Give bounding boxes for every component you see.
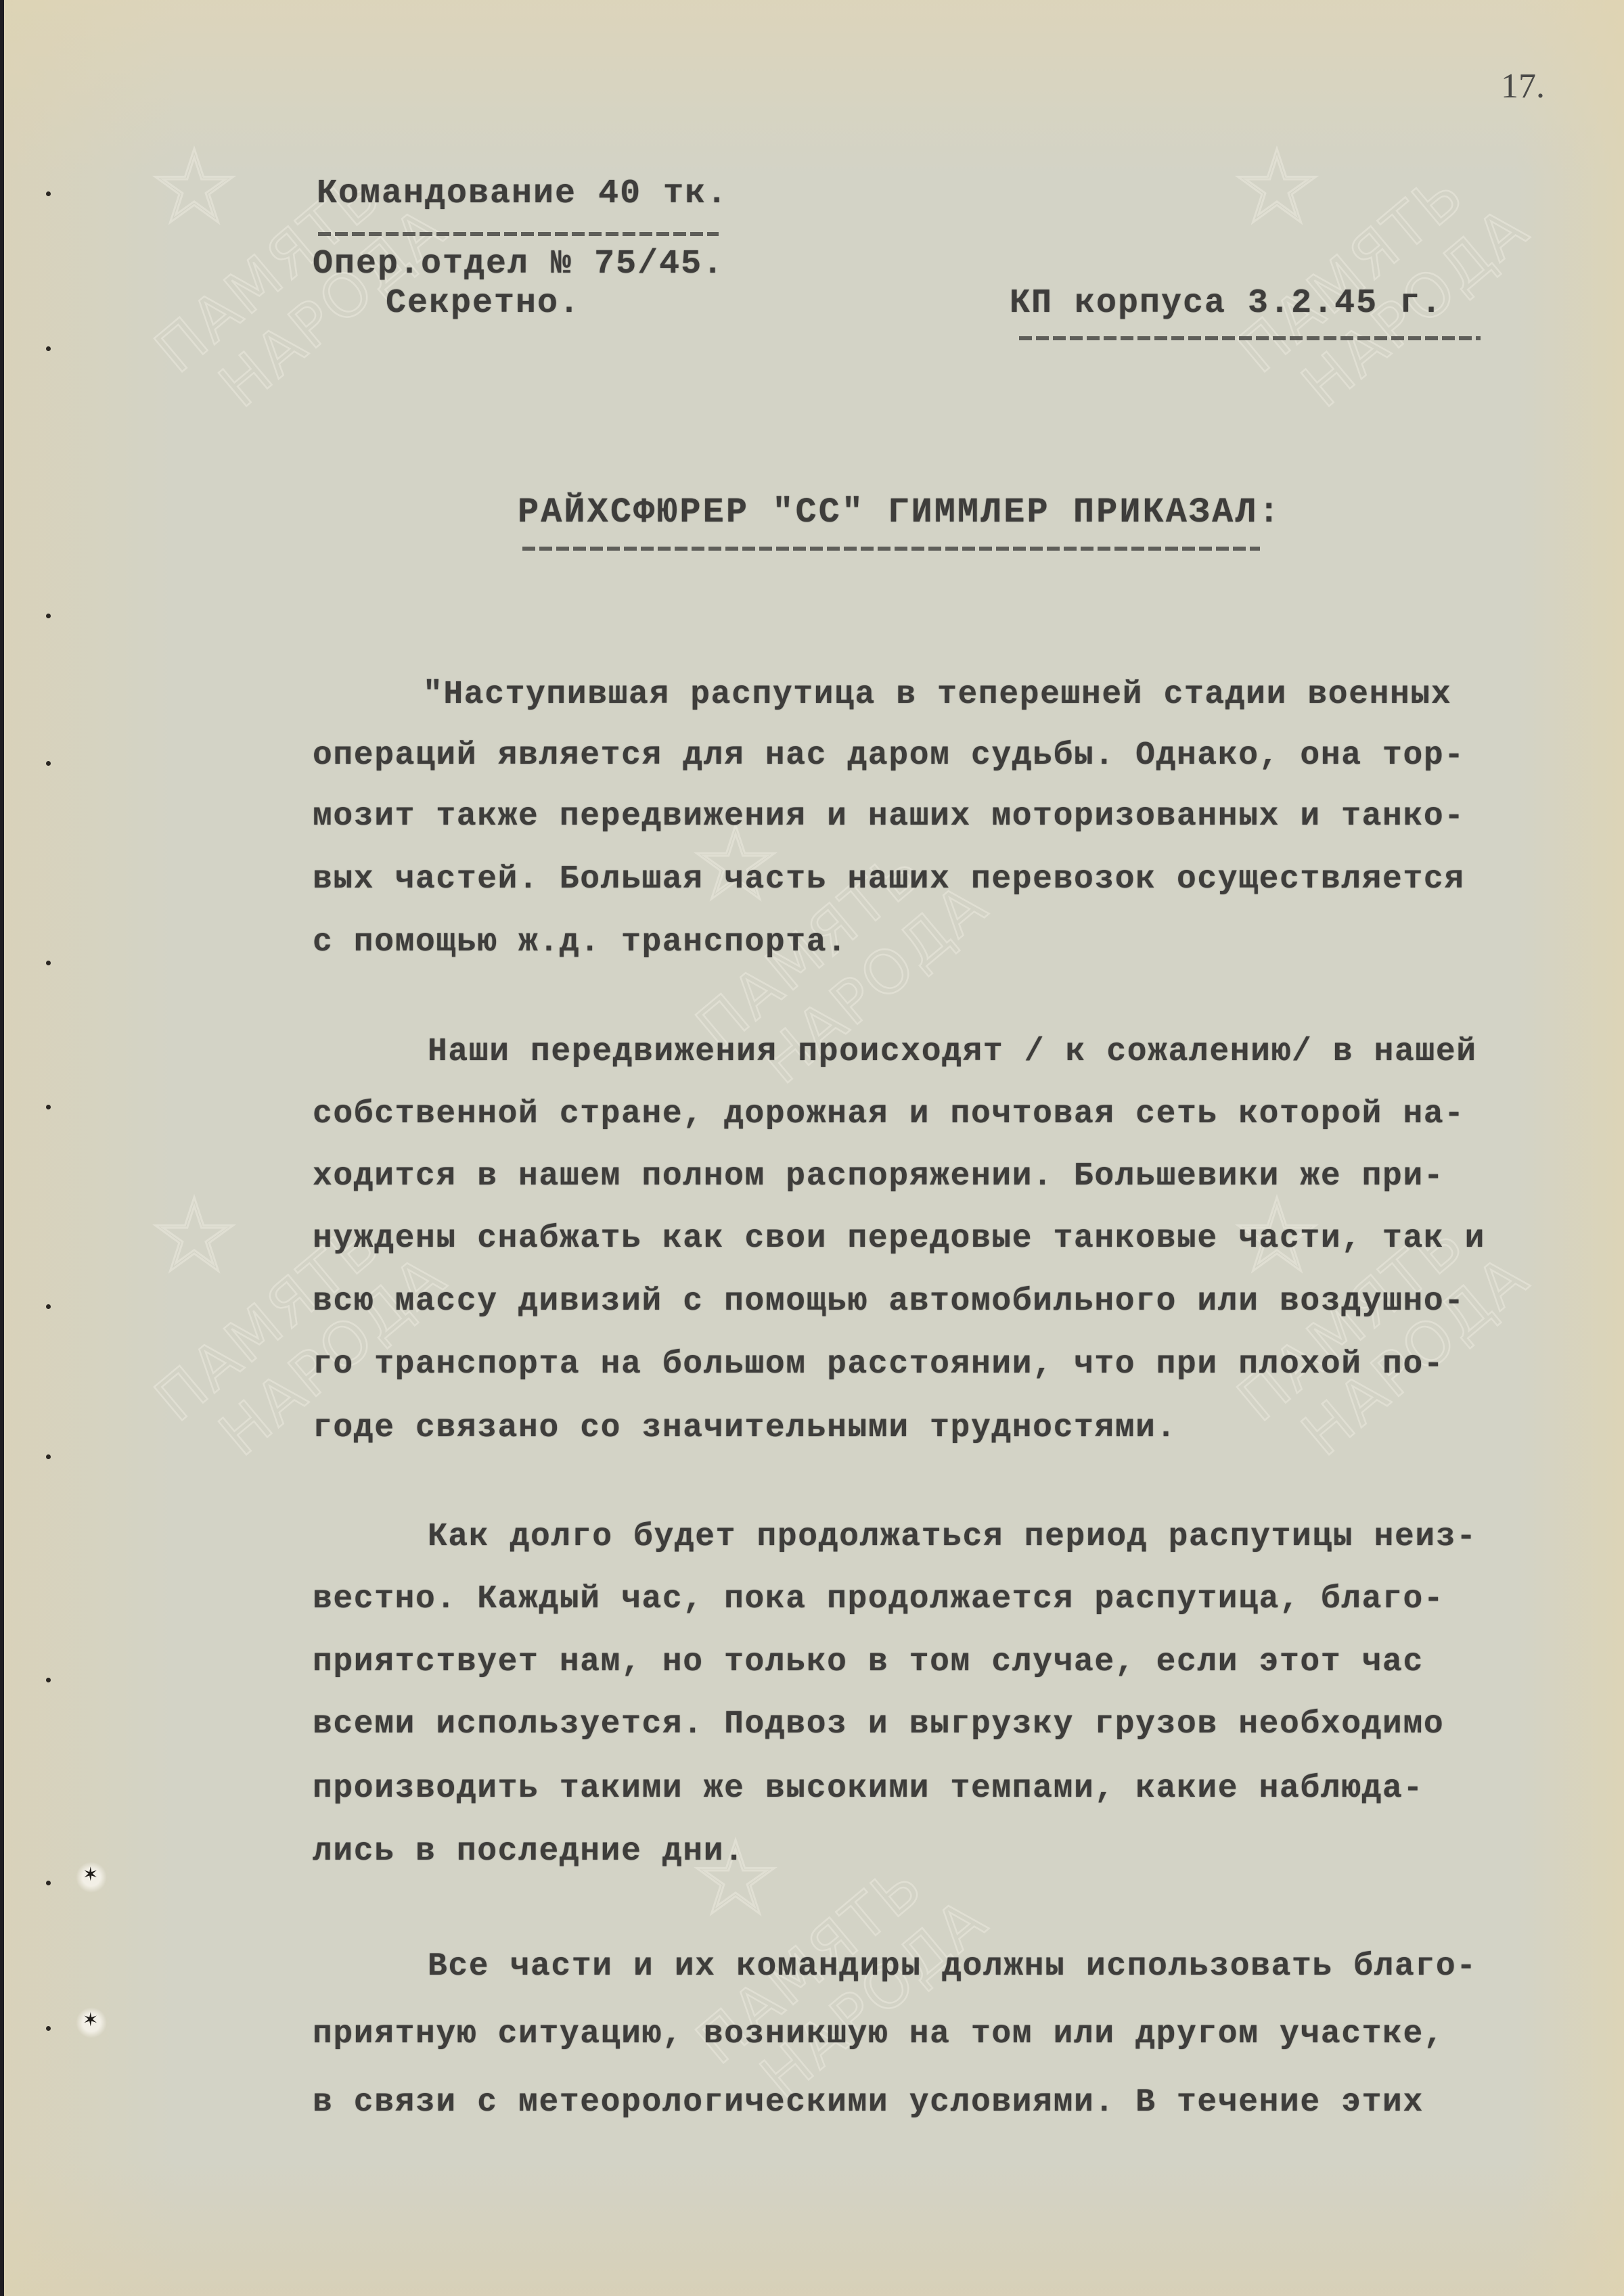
body-line: лись в последние дни. (313, 1833, 745, 1870)
body-line: мозит также передвижения и наших моториз… (313, 798, 1465, 835)
header-dept: Опер.отдел № 75/45. (313, 245, 724, 283)
classification-stamp: Секретно. (386, 284, 581, 323)
body-line: нуждены снабжать как свои передовые танк… (313, 1220, 1485, 1257)
body-line: приятствует нам, но только в том случае,… (313, 1644, 1424, 1680)
staple-hole (76, 2007, 107, 2038)
body-line: в связи с метеорологическими условиями. … (313, 2084, 1424, 2121)
body-line: вых частей. Большая часть наших перевозо… (313, 861, 1465, 898)
underline (1019, 336, 1481, 340)
binding-hole (46, 2026, 51, 2031)
body-line: всю массу дивизий с помощью автомобильно… (313, 1283, 1465, 1320)
body-line: Наши передвижения происходят / к сожален… (428, 1034, 1477, 1070)
star-icon: ☆ (149, 1185, 240, 1287)
header-location-date: КП корпуса 3.2.45 г. (1010, 284, 1443, 323)
document-page: ☆ ПАМЯТЬ НАРОДА ☆ ПАМЯТЬ НАРОДА ☆ ПАМЯТЬ… (0, 0, 1624, 2296)
body-line: годе связано со значительными трудностям… (313, 1410, 1177, 1446)
document-title: РАЙХСФЮРЕР "СС" ГИММЛЕР ПРИКАЗАЛ: (518, 492, 1282, 532)
body-line: приятную ситуацию, возникшую на том или … (313, 2016, 1444, 2052)
binding-hole (46, 1105, 51, 1109)
binding-hole (46, 761, 51, 766)
body-line: вестно. Каждый час, пока продолжается ра… (313, 1581, 1444, 1617)
scan-edge (0, 0, 4, 2296)
binding-hole (46, 1678, 51, 1682)
watermark: ☆ ПАМЯТЬ НАРОДА (1127, 38, 1566, 476)
body-line: Все части и их командиры должны использо… (428, 1948, 1477, 1985)
body-line: операций является для нас даром судьбы. … (313, 737, 1465, 774)
underline (318, 232, 719, 236)
body-line: собственной стране, дорожная и почтовая … (313, 1096, 1465, 1132)
body-line: всеми используется. Подвоз и выгрузку гр… (313, 1706, 1444, 1743)
binding-hole (46, 1881, 51, 1885)
title-underline (522, 547, 1260, 551)
star-icon: ☆ (1232, 137, 1322, 238)
star-icon: ☆ (149, 137, 240, 238)
body-line: с помощью ж.д. транспорта. (313, 924, 848, 961)
body-line: Как долго будет продолжаться период расп… (428, 1519, 1477, 1555)
body-line: ходится в нашем полном распоряжении. Бол… (313, 1158, 1444, 1195)
binding-hole (46, 346, 51, 351)
binding-hole (46, 614, 51, 618)
binding-hole (46, 1454, 51, 1459)
body-line: го транспорта на большом расстоянии, что… (313, 1346, 1444, 1383)
body-line: производить такими же высокими темпами, … (313, 1770, 1424, 1807)
binding-hole (46, 191, 51, 196)
binding-hole (46, 1304, 51, 1309)
watermark-text: ПАМЯТЬ (1225, 158, 1478, 386)
body-line: "Наступившая распутица в теперешней стад… (423, 676, 1451, 713)
binding-hole (46, 961, 51, 965)
page-number: 17. (1501, 66, 1545, 106)
watermark-text: НАРОДА (748, 1884, 1001, 2112)
staple-hole (76, 1862, 107, 1893)
header-org: Командование 40 тк. (317, 175, 728, 213)
